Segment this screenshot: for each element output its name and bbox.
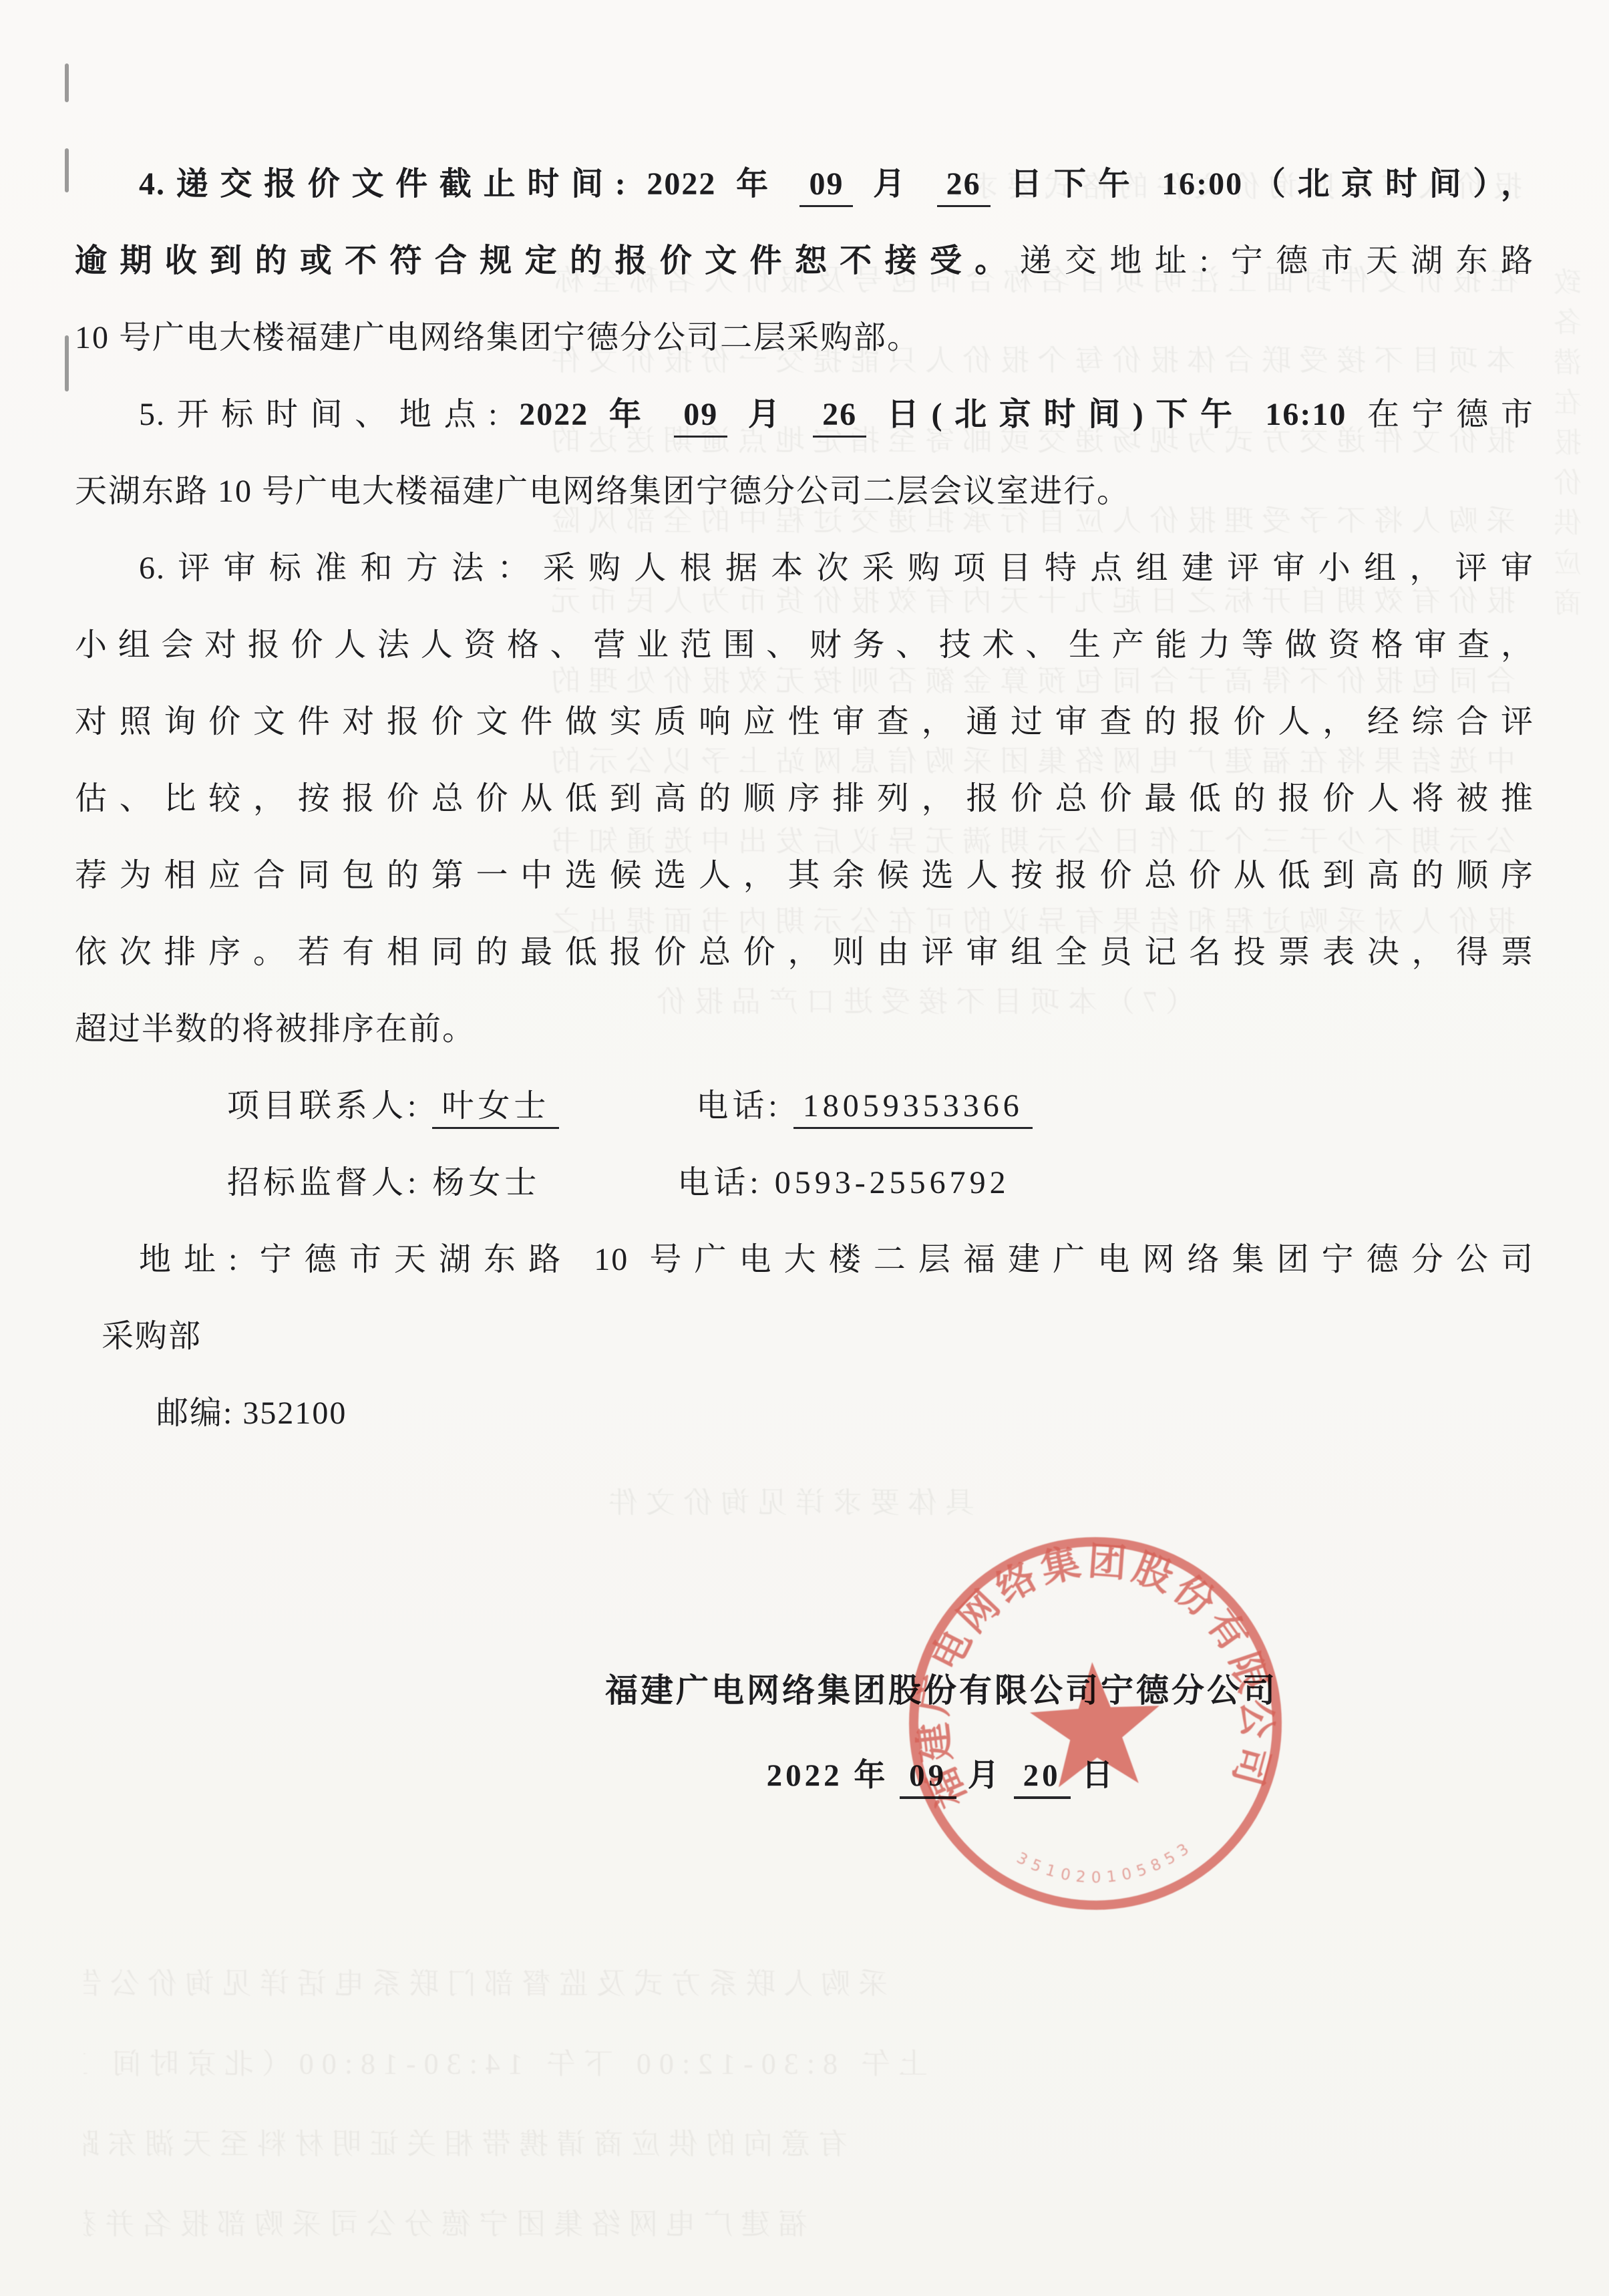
text-segment: 日下午 16:00（北京时间）， (991, 166, 1534, 202)
text-segment: 采购部 (102, 1319, 202, 1354)
text-line: 5.开标时间、地点: 2022 年 09 月 26 日(北京时间)下午 16:1… (75, 376, 1534, 453)
text-line: 邮编: 352100 (75, 1375, 1534, 1452)
bleed-through-line: 上午 8:30-12:00 下午 14:30-18:00（北京时间 工作日） (83, 2049, 928, 2079)
scan-edge-artifact (65, 335, 69, 391)
text-segment: 递交地址: 宁德市天湖东路 (1020, 243, 1534, 279)
text-line: 荐为相应合同包的第一中选候选人，其余候选人按报价总价从低到高的顺序 (75, 837, 1534, 914)
text-segment: 2022 年 (519, 397, 674, 432)
text-line: 依次排序。若有相同的最低报价总价，则由评审组全员记名投票表决，得票 (75, 914, 1534, 991)
text-segment: 日 (1071, 1758, 1117, 1793)
text-segment: 电话: (696, 1088, 793, 1124)
notice-body: 4.递交报价文件截止时间: 2022 年 09 月 26 日下午 16:00（北… (75, 0, 1534, 1452)
text-segment: 10 号广电大楼福建广电网络集团宁德分公司二层采购部。 (75, 320, 920, 355)
signature-block: 福建广电网络集团股份有限公司宁德分公司 2022 年 09 月 20 日 (602, 1665, 1280, 1795)
text-line: 6.评审标准和方法：采购人根据本次采购项目特点组建评审小组，评审 (75, 530, 1534, 607)
text-segment: 叶女士 (432, 1088, 559, 1129)
bleed-through-line: 具体要求详见询价文件 (80, 1488, 974, 1518)
text-segment: 26 (813, 397, 866, 438)
svg-text:351020105853: 351020105853 (1013, 1838, 1196, 1891)
text-line: 逾期收到的或不符合规定的报价文件恕不接受。递交地址: 宁德市天湖东路 (75, 222, 1534, 299)
text-segment: 5.开标时间、地点: (139, 397, 519, 432)
text-segment: 26 (937, 166, 991, 207)
text-segment: 日(北京时间)下午 16:10 (866, 397, 1367, 432)
text-segment: 小组会对报价人法人资格、营业范围、财务、技术、生产能力等做资格审查， (75, 627, 1534, 663)
text-segment: 18059353366 (793, 1088, 1033, 1129)
text-line: 天湖东路 10 号广电大楼福建广电网络集团宁德分公司二层会议室进行。 (75, 453, 1534, 530)
bleed-through-line: 有意向的供应商请携带相关证明材料至天湖东路 10 号二层 (83, 2130, 848, 2159)
text-segment: 09 (900, 1758, 956, 1799)
text-segment: 超过半数的将被排序在前。 (75, 1011, 476, 1047)
text-segment: 对照询价文件对报价文件做实质响应性审查，通过审查的报价人，经综合评 (75, 704, 1534, 740)
text-segment: 招标监督人: (227, 1165, 432, 1200)
text-segment: 09 (674, 397, 727, 438)
text-line: 10 号广电大楼福建广电网络集团宁德分公司二层采购部。 (75, 299, 1534, 376)
text-segment: 项目联系人: (227, 1088, 432, 1124)
issuer-company-name: 福建广电网络集团股份有限公司宁德分公司 (602, 1665, 1280, 1711)
text-segment: 月 (727, 397, 813, 432)
text-segment: 荐为相应合同包的第一中选候选人，其余候选人按报价总价从低到高的顺序 (75, 858, 1534, 893)
scan-edge-artifact (65, 63, 69, 102)
text-line: 项目联系人: 叶女士电话: 18059353366 (75, 1068, 1534, 1144)
bleed-through-side-strip: 致各潜在报价供应商 (1550, 267, 1590, 922)
text-segment: 月 (956, 1758, 1014, 1793)
text-line: 采购部 (75, 1298, 1534, 1375)
text-segment: 电话: 0593-2556792 (677, 1165, 1009, 1200)
text-segment: 估、比较，按报价总价从低到高的顺序排列，报价总价最低的报价人将被推 (75, 781, 1534, 816)
text-segment: 4.递交报价文件截止时间: 2022 年 (139, 166, 799, 202)
text-segment: 天湖东路 10 号广电大楼福建广电网络集团宁德分公司二层会议室进行。 (75, 474, 1130, 509)
text-line: 估、比较，按报价总价从低到高的顺序排列，报价总价最低的报价人将被推 (75, 760, 1534, 837)
text-line: 地址: 宁德市天湖东路 10 号广电大楼二层福建广电网络集团宁德分公司 (75, 1221, 1534, 1298)
text-line: 招标监督人: 杨女士电话: 0593-2556792 (75, 1144, 1534, 1221)
text-line: 小组会对报价人法人资格、营业范围、财务、技术、生产能力等做资格审查， (75, 607, 1534, 683)
text-segment: 2022 年 (767, 1758, 900, 1793)
document-page: 报价人应按照询价文件的格式要求编制报价文件并按规定密封 在报价文件封面上注明项目… (0, 0, 1609, 2296)
text-segment: 地址: 宁德市天湖东路 10 号广电大楼二层福建广电网络集团宁德分公司 (139, 1242, 1534, 1277)
text-segment: 杨女士 (432, 1165, 540, 1200)
text-segment: 6.评审标准和方法：采购人根据本次采购项目特点组建评审小组，评审 (139, 550, 1534, 586)
seal-code: 351020105853 (1013, 1838, 1196, 1891)
bleed-through-line: 福建广电网络集团宁德分公司采购部报名并获取询价文件 (83, 2210, 808, 2239)
text-segment: 在宁德市 (1367, 397, 1534, 432)
scan-edge-artifact (65, 148, 69, 192)
text-segment: 邮编: 352100 (156, 1396, 347, 1431)
text-line: 对照询价文件对报价文件做实质响应性审查，通过审查的报价人，经综合评 (75, 683, 1534, 760)
text-line: 超过半数的将被排序在前。 (75, 991, 1534, 1068)
issue-date: 2022 年 09 月 20 日 (602, 1750, 1280, 1795)
bleed-through-line: 采购人联系方式及监督部门联系电话详见询价公告相关内容 (83, 1969, 888, 1999)
text-segment: 依次排序。若有相同的最低报价总价，则由评审组全员记名投票表决，得票 (75, 935, 1534, 970)
text-segment: 09 (799, 166, 853, 207)
text-segment: 逾期收到的或不符合规定的报价文件恕不接受。 (75, 243, 1020, 279)
text-line: 4.递交报价文件截止时间: 2022 年 09 月 26 日下午 16:00（北… (75, 146, 1534, 222)
text-segment: 月 (853, 166, 936, 202)
text-segment: 20 (1014, 1758, 1071, 1799)
